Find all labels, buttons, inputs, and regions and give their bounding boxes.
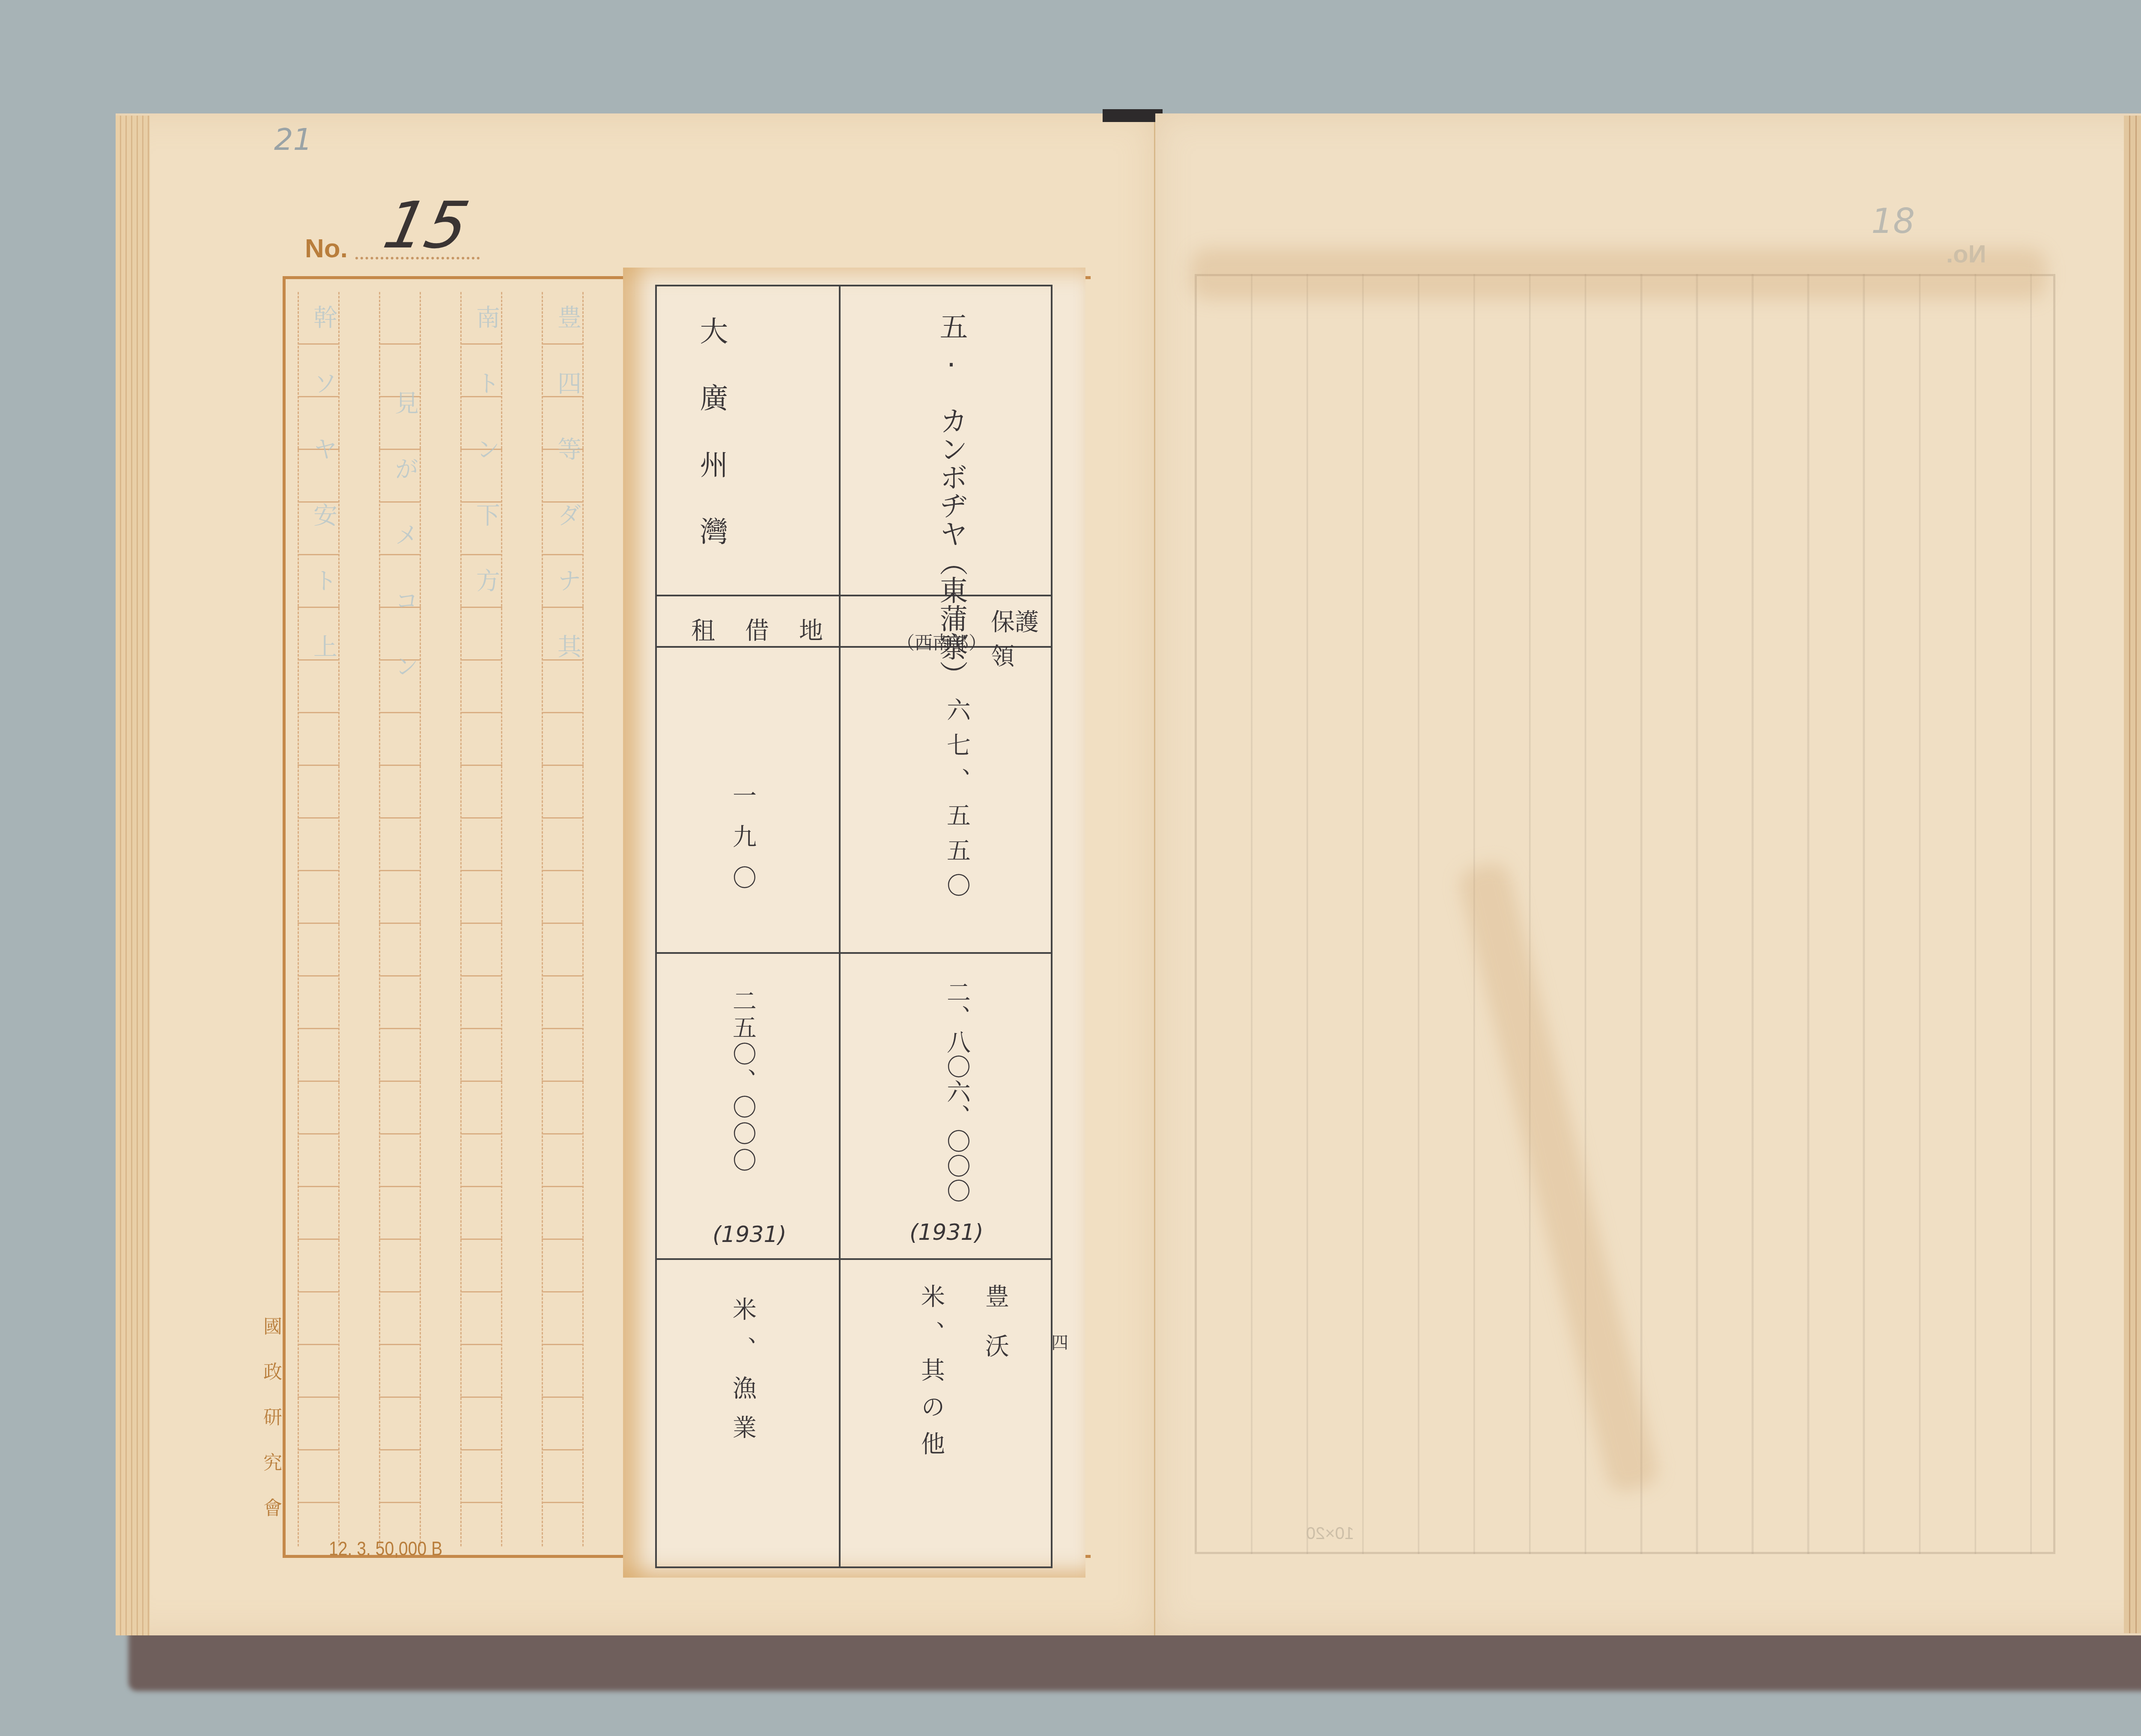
row-divider bbox=[657, 1258, 1051, 1260]
cell-category-note-cambodia: （西南部） bbox=[897, 629, 987, 655]
cell-products-cambodia: 米、其の他 bbox=[914, 1284, 948, 1468]
cell-category-cambodia: 保護領 bbox=[991, 603, 1051, 672]
print-code: 12. 3. 50,000 B bbox=[329, 1537, 442, 1560]
number-value: 15 bbox=[378, 188, 475, 263]
cell-name-kwangchowan: 大廣州灣 bbox=[691, 316, 732, 584]
cell-population-kwangchowan: 二五〇、〇〇〇 bbox=[725, 989, 760, 1174]
cell-area-cambodia: 六七、五五〇 bbox=[939, 697, 974, 908]
stain bbox=[1190, 248, 2047, 300]
faint-handwriting: 見 が メ コ ン bbox=[388, 390, 422, 695]
left-page-edges bbox=[116, 116, 150, 1635]
cell-year-kwangchowan: (1931) bbox=[713, 1222, 787, 1248]
show-through-footer: 10×20 bbox=[1306, 1524, 1354, 1543]
pasted-slip: 五. カンボヂヤ（東蒲寨） 保護領 （西南部） 六七、五五〇 二、八〇六、〇〇〇… bbox=[623, 268, 1085, 1578]
cell-capital-cambodia: 豊沃 bbox=[978, 1284, 1012, 1383]
right-page-edges bbox=[2124, 116, 2141, 1633]
show-through-number-label: No. bbox=[1946, 240, 1986, 268]
cell-products-kwangchowan: 米、漁業 bbox=[725, 1297, 760, 1454]
number-label: No. bbox=[305, 233, 348, 264]
page-marker: 四 bbox=[1051, 1329, 1068, 1354]
cell-year-cambodia: (1931) bbox=[909, 1220, 984, 1245]
cell-population-cambodia: 二、八〇六、〇〇〇 bbox=[939, 980, 974, 1203]
faint-handwriting: 幹 ソ ヤ 安 ト 上 bbox=[306, 305, 340, 675]
right-corner-pencil-note: 18 bbox=[1871, 201, 1915, 241]
column-divider bbox=[839, 286, 841, 1566]
spine-headcap bbox=[1103, 109, 1163, 122]
row-divider bbox=[657, 595, 1051, 596]
cell-category-kwangchowan: 租借地 bbox=[691, 612, 853, 646]
row-divider bbox=[657, 952, 1051, 954]
publisher-imprint: 國政研究會 bbox=[257, 1316, 284, 1543]
slip-table: 五. カンボヂヤ（東蒲寨） 保護領 （西南部） 六七、五五〇 二、八〇六、〇〇〇… bbox=[655, 285, 1053, 1568]
corner-pencil-note: 21 bbox=[274, 122, 312, 157]
faint-handwriting: 南 ト ン 下 方 bbox=[469, 305, 503, 609]
cell-area-kwangchowan: 一九〇 bbox=[725, 783, 760, 906]
faint-handwriting: 豊 四 等 ダ ナ 其 bbox=[550, 305, 584, 675]
